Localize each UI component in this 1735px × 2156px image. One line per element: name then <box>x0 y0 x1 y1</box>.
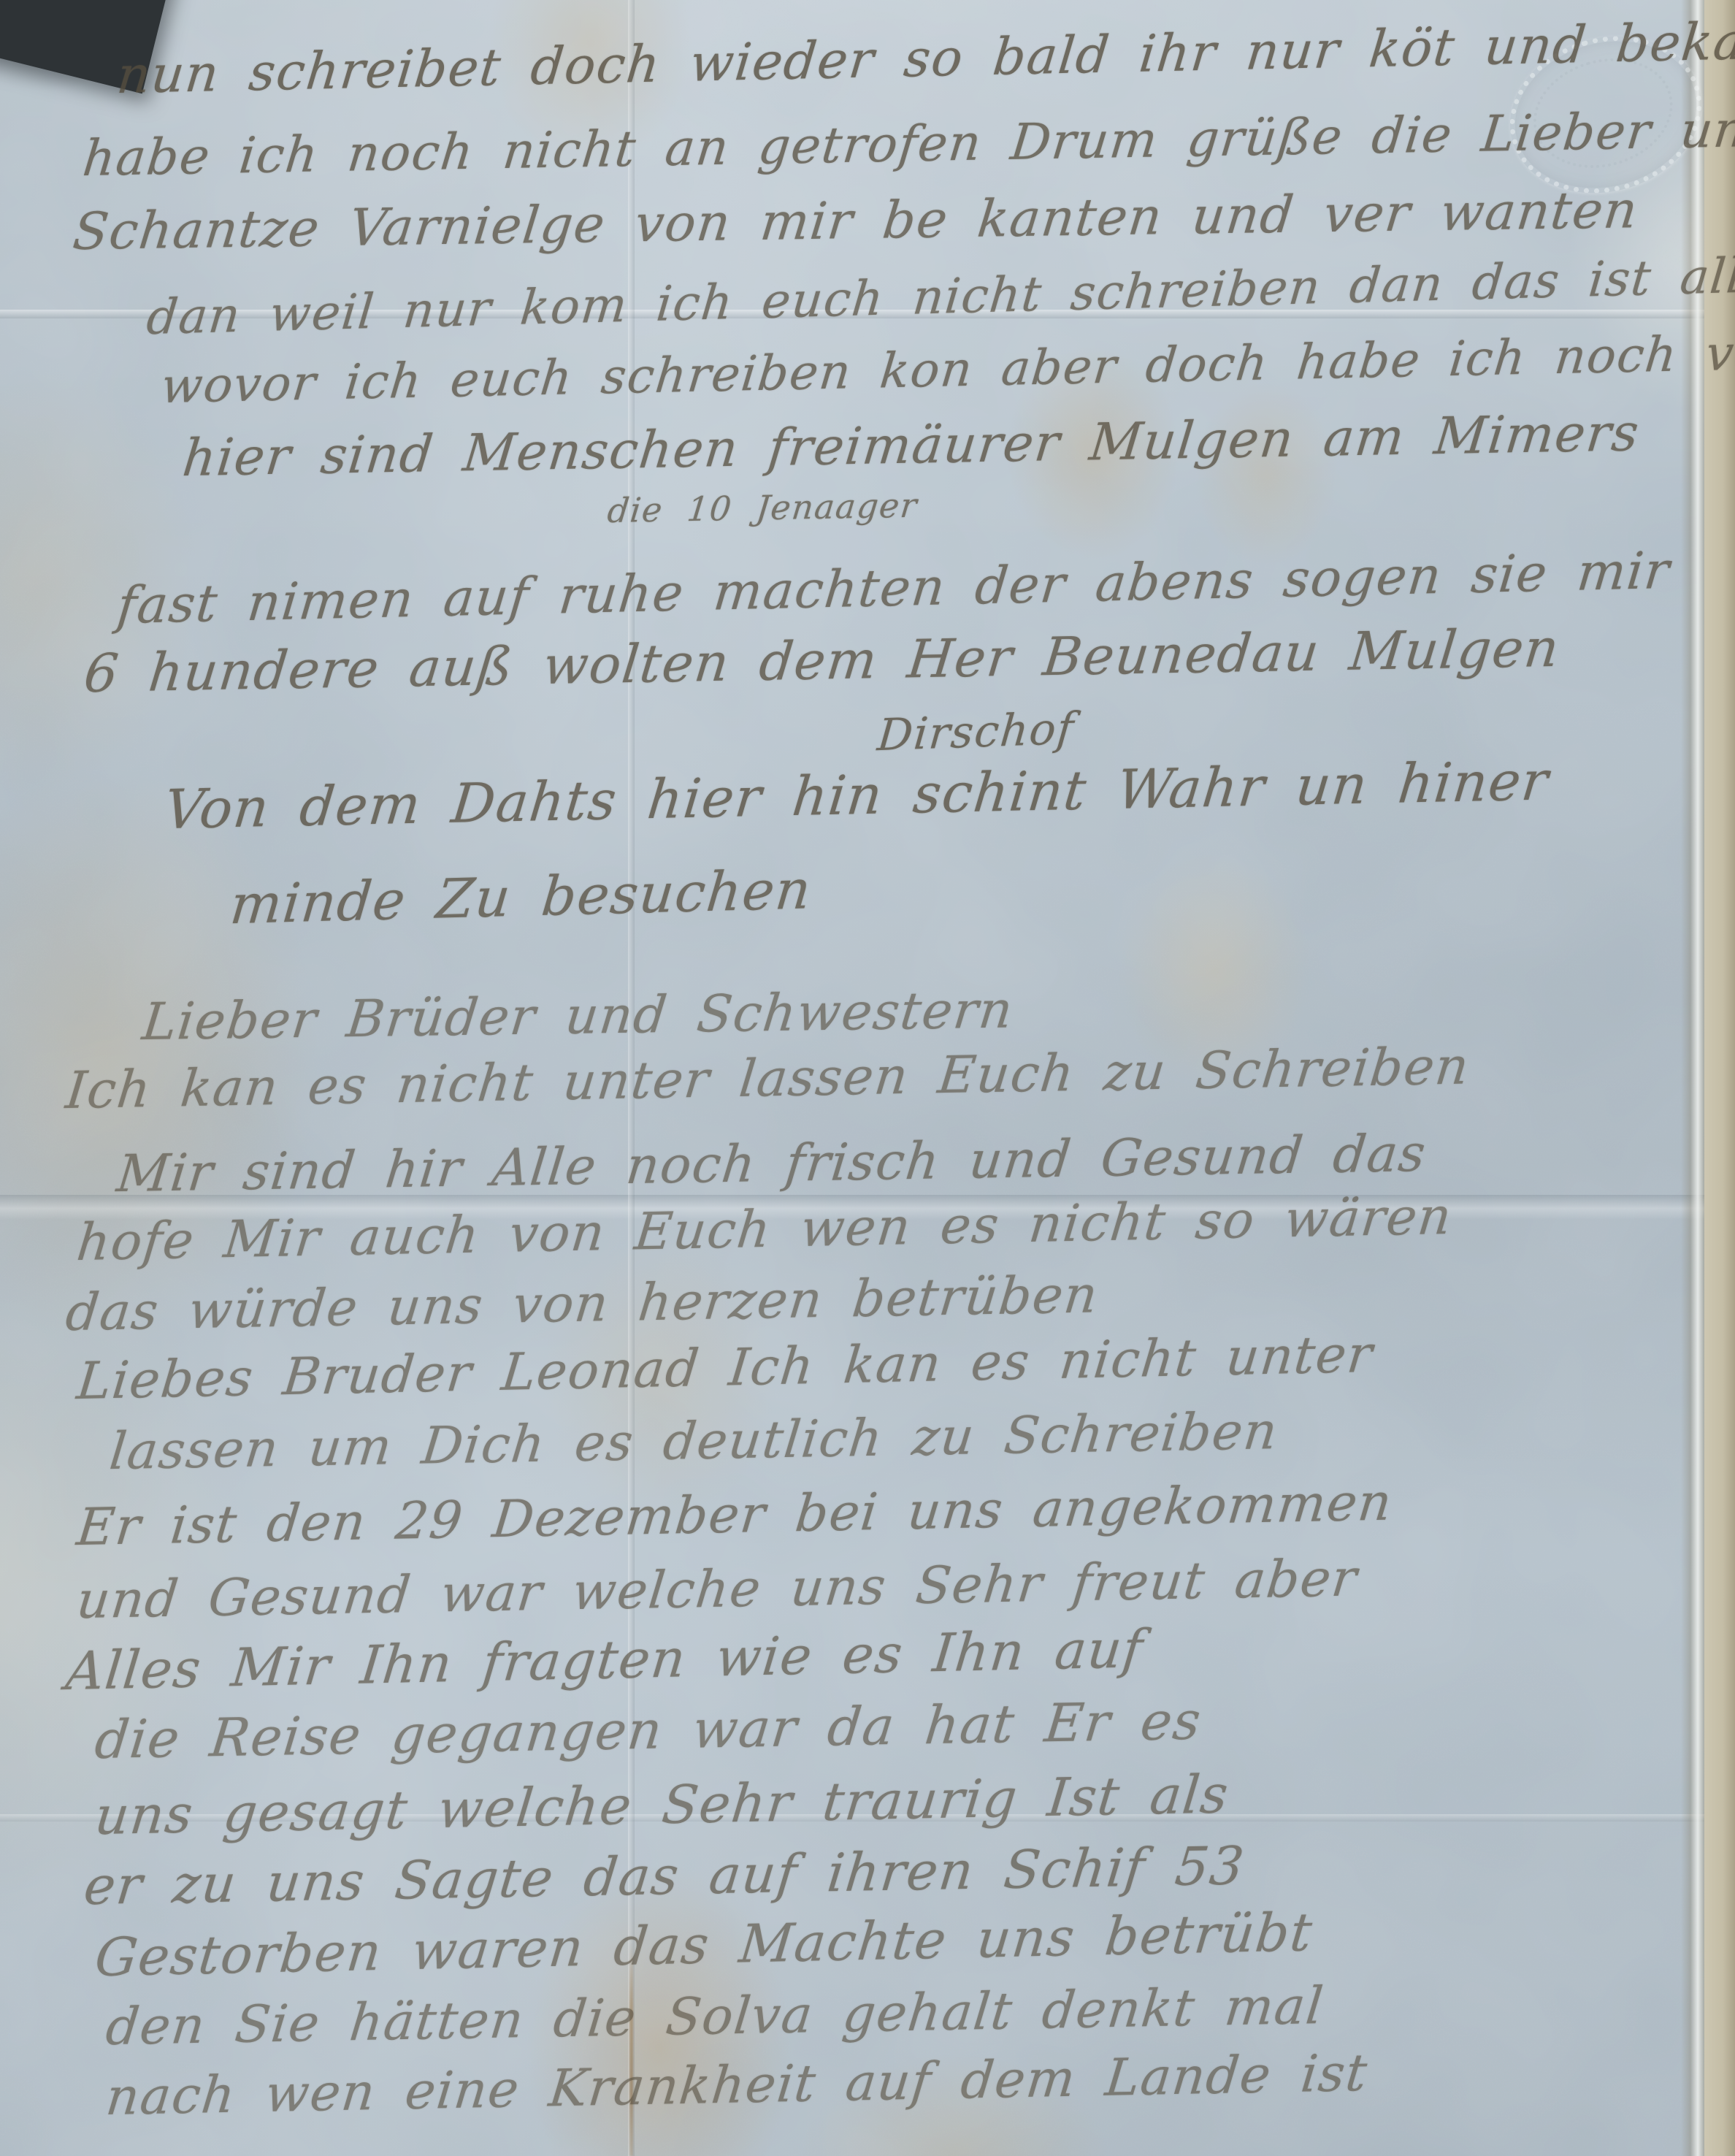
handwriting-line: Lieber Brüder und Schwestern <box>139 979 1016 1052</box>
handwriting-line: nach wen eine Krankheit auf dem Lande is… <box>104 2043 1371 2127</box>
handwriting-line: die Reise gegangen war da hat Er es <box>92 1690 1204 1771</box>
handwriting-line: das würde uns von herzen betrüben <box>63 1264 1101 1342</box>
handwriting-line: Alles Mir Ihn fragten wie es Ihn auf <box>63 1618 1146 1702</box>
handwriting-line: Dirschof <box>876 703 1076 762</box>
handwriting-line: hier sind Menschen freimäurer Mulgen am … <box>180 402 1642 488</box>
handwriting-line: Schantze Varnielge von mir be kanten und… <box>70 180 1641 261</box>
handwriting-line: und Gesund war welche uns Sehr freut abe… <box>74 1548 1360 1630</box>
handwriting-line: uns gesagt welche Sehr traurig Ist als <box>92 1763 1232 1846</box>
letter-body: nun schreibet doch wieder so bald ihr nu… <box>0 0 1735 2156</box>
handwriting-line: lassen um Dich es deutlich zu Schreiben <box>107 1401 1281 1481</box>
handwriting-line: er zu uns Sagte das auf ihren Schif 53 <box>81 1835 1248 1916</box>
handwriting-line: minde Zu besuchen <box>228 858 815 936</box>
letter-page: nun schreibet doch wieder so bald ihr nu… <box>0 0 1735 2156</box>
handwriting-line: nun schreibet doch wieder so bald ihr nu… <box>115 9 1735 105</box>
handwriting-line: Von dem Dahts hier hin schint Wahr un hi… <box>161 749 1552 841</box>
handwriting-line: habe ich noch nicht an getrofen Drum grü… <box>80 96 1735 188</box>
handwriting-line: den Sie hätten die Solva gehalt denkt ma… <box>103 1976 1327 2057</box>
handwriting-line: Er ist den 29 Dezember bei uns angekomme… <box>74 1472 1395 1557</box>
handwriting-line: Gestorben waren das Machte uns betrübt <box>92 1901 1315 1988</box>
handwriting-line: die 10 Jenaager <box>605 486 919 531</box>
